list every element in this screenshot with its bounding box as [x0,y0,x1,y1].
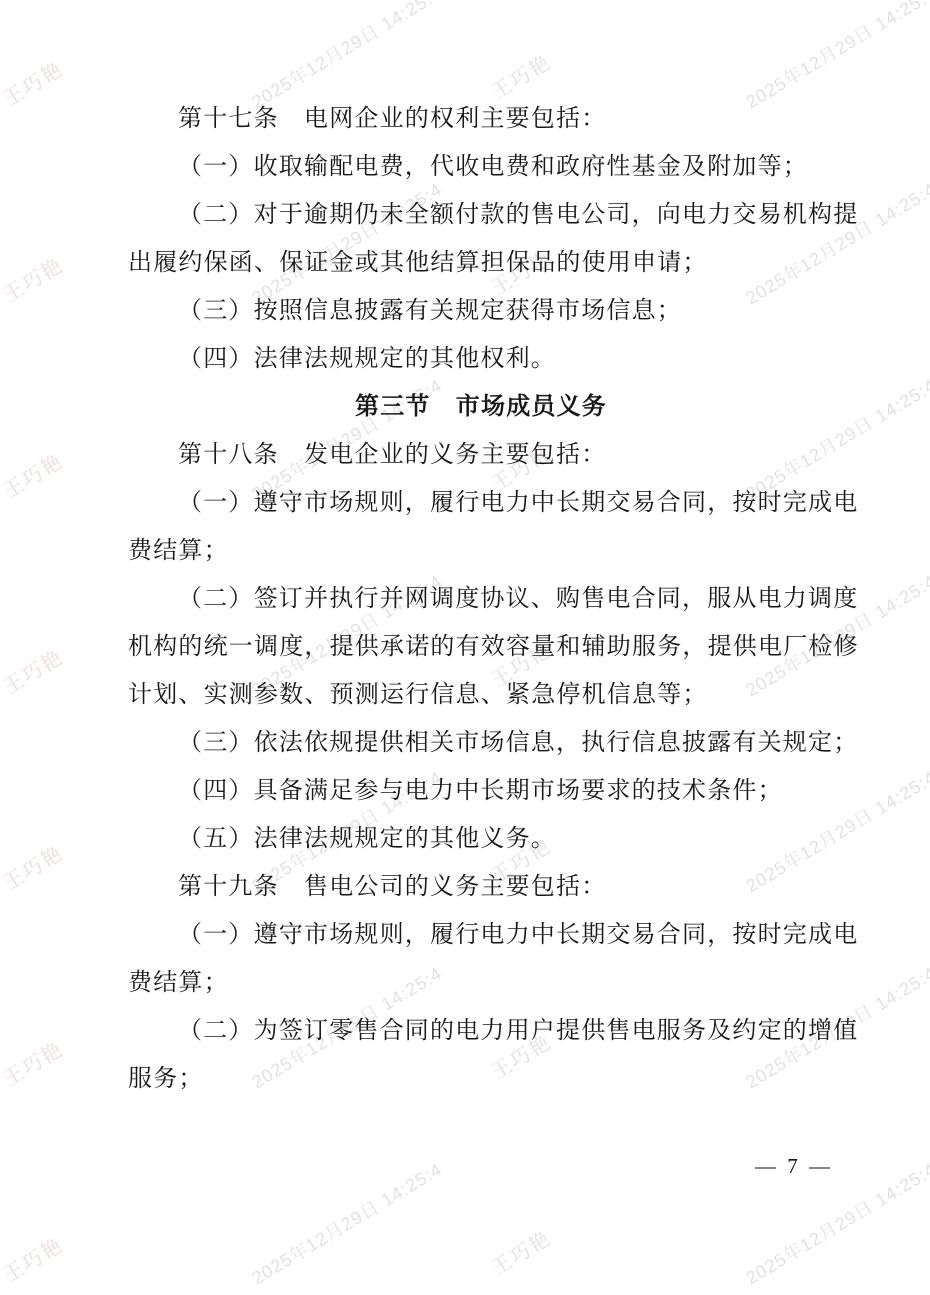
text-line: （三）依法依规提供相关市场信息，执行信息披露有关规定； [128,719,834,767]
text-line: 费结算； [128,959,834,1007]
watermark-name-stamp: 王巧艳 [485,1222,557,1281]
watermark-name-stamp: 王巧艳 [0,837,68,896]
text-line: （四）法律法规规定的其他权利。 [128,335,834,383]
watermark-name-stamp: 王巧艳 [0,1229,68,1288]
text-line: 第十九条 售电公司的义务主要包括： [128,863,834,911]
text-line: （一）遵守市场规则，履行电力中长期交易合同，按时完成电 [128,479,834,527]
text-line: 第十八条 发电企业的义务主要包括： [128,431,834,479]
watermark-name-stamp: 王巧艳 [0,249,68,308]
page-number: — 7 — [755,1154,833,1179]
watermark-name-stamp: 王巧艳 [0,445,68,504]
watermark-name-stamp: 王巧艳 [0,1033,68,1092]
text-line: 第十七条 电网企业的权利主要包括： [128,95,834,143]
watermark-name-stamp: 王巧艳 [0,641,68,700]
text-line: （一）收取输配电费，代收电费和政府性基金及附加等； [128,143,834,191]
text-line: （二）为签订零售合同的电力用户提供售电服务及约定的增值 [128,1007,834,1055]
text-line: 服务； [128,1055,834,1103]
text-line: 出履约保函、保证金或其他结算担保品的使用申请； [128,239,834,287]
text-line: （五）法律法规规定的其他义务。 [128,815,834,863]
text-line: 机构的统一调度，提供承诺的有效容量和辅助服务，提供电厂检修 [128,623,834,671]
watermark-date-stamp: 2025年12月29日 14:25:4 [246,1155,446,1290]
text-line: 费结算； [128,527,834,575]
watermark-name-stamp: 王巧艳 [0,53,68,112]
text-line: （二）对于逾期仍未全额付款的售电公司，向电力交易机构提 [128,191,834,239]
text-line: （一）遵守市场规则，履行电力中长期交易合同，按时完成电 [128,911,834,959]
document-content: 第十七条 电网企业的权利主要包括：（一）收取输配电费，代收电费和政府性基金及附加… [128,95,834,1103]
text-line: 计划、实测参数、预测运行信息、紧急停机信息等； [128,671,834,719]
text-line: （三）按照信息披露有关规定获得市场信息； [128,287,834,335]
document-page: 王巧艳王巧艳王巧艳王巧艳王巧艳王巧艳王巧艳王巧艳王巧艳王巧艳王巧艳王巧艳王巧艳王… [0,0,930,1295]
text-line: （二）签订并执行并网调度协议、购售电合同，服从电力调度 [128,575,834,623]
text-line: （四）具备满足参与电力中长期市场要求的技术条件； [128,767,834,815]
section-heading: 第三节 市场成员义务 [128,383,834,431]
